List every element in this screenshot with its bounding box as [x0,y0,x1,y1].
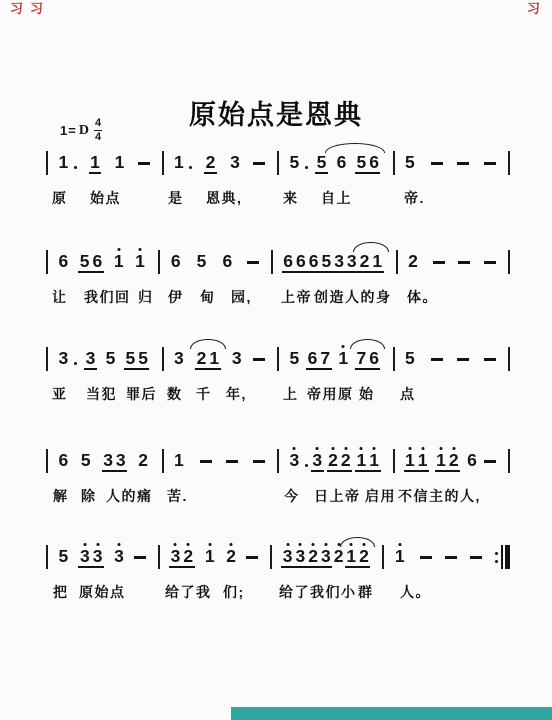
lyric-syllable: 伊 [168,289,184,306]
lyric-syllable: 人的身 [345,289,392,306]
lyric-syllable: 给了我们小 [279,584,357,601]
lyric-syllable: 原始点 [79,584,126,601]
lyric-row: 解除人的痛苦.今日上帝启用不信主的人, [0,442,552,534]
score-line-3: 3355532135671765亚当犯罪后数千年,上帝用原始点 [0,340,552,432]
lyric-syllable: 把 [53,584,69,601]
lyric-row: 亚当犯罪后数千年,上帝用原始点 [0,340,552,432]
lyric-syllable: 我们回 [84,289,131,306]
lyric-syllable: 自上 [321,190,352,207]
lyric-syllable: 原 [52,190,68,207]
lyric-syllable: 甸 [200,289,216,306]
lyric-syllable: 日上帝 [314,488,361,505]
score-line-4: 65332133221111126解除人的痛苦.今日上帝启用不信主的人, [0,442,552,534]
key-prefix: 1= [60,123,77,138]
lyric-syllable: 园, [231,289,252,306]
lyric-syllable: 帝用原 [307,386,354,403]
lyric-syllable: 上帝 [281,289,312,306]
red-watermark-right: 习 [527,2,540,15]
lyric-syllable: 亚 [52,386,68,403]
bottom-teal-bar [231,707,552,720]
lyric-syllable: 数 [167,386,183,403]
time-signature: 4 4 [94,118,102,143]
lyric-syllable: 归 [138,289,154,306]
lyric-syllable: 群 [358,584,374,601]
key-signature: 1=D 4 4 [60,118,102,143]
lyric-syllable: 年, [226,386,247,403]
lyric-row: 让我们回归伊甸园,上帝创造人的身体。 [0,243,552,335]
sheet-music-page: 习习 习 原始点是恩典 1=D 4 4 111123556565原始点是恩典,来… [0,0,552,720]
lyric-syllable: 让 [52,289,68,306]
lyric-syllable: 帝. [404,190,425,207]
time-signature-denominator: 4 [94,130,102,143]
lyric-syllable: 苦. [167,488,188,505]
lyric-syllable: 恩典, [206,190,242,207]
lyric-syllable: 点 [400,386,416,403]
lyric-row: 原始点是恩典,来自上帝. [0,144,552,236]
lyric-syllable: 人的痛 [106,488,153,505]
score-line-1: 111123556565原始点是恩典,来自上帝. [0,144,552,236]
lyric-syllable: 罪后 [126,386,157,403]
lyric-syllable: 始 [359,386,375,403]
lyric-syllable: 们; [223,584,245,601]
time-signature-numerator: 4 [94,118,102,130]
lyric-syllable: 启用 [365,488,396,505]
lyric-syllable: 体。 [407,289,438,306]
lyric-row: 把原始点给了我们;给了我们小群人。 [0,538,552,630]
red-watermark-left: 习习 [10,2,50,15]
lyric-syllable: 来 [283,190,299,207]
lyric-syllable: 千 [196,386,212,403]
score-line-5: 5333321233232121把原始点给了我们;给了我们小群人。 [0,538,552,630]
score-line-2: 65611656666533212让我们回归伊甸园,上帝创造人的身体。 [0,243,552,335]
lyric-syllable: 始点 [90,190,121,207]
lyric-syllable: 当犯 [86,386,117,403]
lyric-syllable: 给了我 [165,584,212,601]
lyric-syllable: 解 [53,488,69,505]
lyric-syllable: 人。 [400,584,431,601]
lyric-syllable: 主的人, [429,488,481,505]
lyric-syllable: 今 [284,488,300,505]
lyric-syllable: 是 [168,190,184,207]
lyric-syllable: 不信 [398,488,429,505]
lyric-syllable: 除 [81,488,97,505]
lyric-syllable: 创造 [314,289,345,306]
key-letter: D [79,123,89,139]
lyric-syllable: 上 [283,386,299,403]
